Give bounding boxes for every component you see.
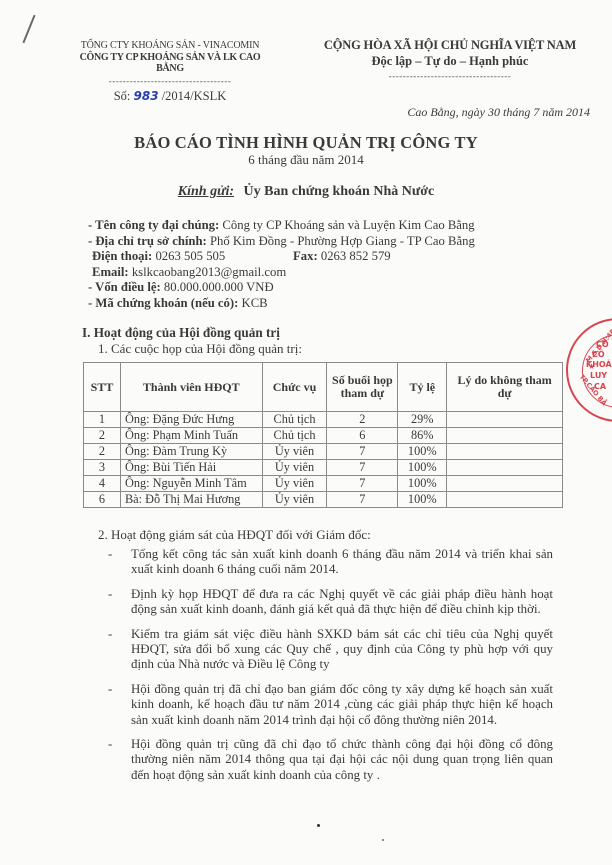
table-cell: 100%: [398, 460, 447, 476]
table-cell: Ủy viên: [262, 460, 327, 476]
table-cell: 6: [84, 492, 121, 508]
table-cell: 2: [84, 444, 121, 460]
col-header: STT: [84, 363, 121, 412]
ticker-row: - Mã chứng khoán (nếu có): KCB: [88, 296, 518, 312]
table-cell: [447, 412, 563, 428]
table-cell: 2: [84, 428, 121, 444]
table-cell: Ông: Bùi Tiến Hải: [120, 460, 262, 476]
col-header: Chức vụ: [262, 363, 327, 412]
phone-fax-row: Điện thoại: 0263 505 505 Fax: 0263 852 5…: [88, 249, 518, 265]
table-cell: Ông: Phạm Minh Tuấn: [120, 428, 262, 444]
table-cell: Chủ tịch: [262, 428, 327, 444]
email-row: Email: kslkcaobang2013@gmail.com: [88, 265, 518, 281]
table-header-row: STT Thành viên HĐQT Chức vụ Số buổi họp …: [84, 363, 563, 412]
table-cell: 7: [327, 460, 398, 476]
table-cell: [447, 476, 563, 492]
table-cell: 100%: [398, 492, 447, 508]
col-header: Thành viên HĐQT: [120, 363, 262, 412]
table-cell: 1: [84, 412, 121, 428]
nation-name: CỘNG HÒA XÃ HỘI CHỦ NGHĨA VIỆT NAM: [300, 38, 600, 53]
table-cell: [447, 492, 563, 508]
speck: [317, 824, 320, 827]
col-header: Lý do không tham dự: [447, 363, 563, 412]
col-header: Tỷ lệ: [398, 363, 447, 412]
table-cell: 7: [327, 492, 398, 508]
table-cell: Bà: Đỗ Thị Mai Hương: [120, 492, 262, 508]
section-heading: I. Hoạt động của Hội đồng quản trị: [82, 325, 280, 341]
date-line: Cao Bằng, ngày 30 tháng 7 năm 2014: [330, 105, 590, 120]
table-row: 1Ông: Đặng Đức HưngChủ tịch229%: [84, 412, 563, 428]
address-row: - Địa chỉ trụ sở chính: Phố Kim Đồng - P…: [88, 234, 518, 250]
table-row: 4Ông: Nguyễn Minh TâmỦy viên7100%: [84, 476, 563, 492]
table-cell: 7: [327, 476, 398, 492]
company-name: CÔNG TY CP KHOÁNG SẢN VÀ LK CAO BẰNG: [70, 52, 270, 74]
list-item: Hội đồng quản trị cũng đã chỉ đạo tổ chứ…: [108, 737, 553, 783]
list-item: Định kỳ họp HĐQT để đưa ra các Nghị quyế…: [108, 587, 553, 618]
table-cell: Chủ tịch: [262, 412, 327, 428]
header-divider: -----------------------------------: [70, 76, 270, 86]
col-header: Số buổi họp tham dự: [327, 363, 398, 412]
table-cell: Ủy viên: [262, 492, 327, 508]
company-info: - Tên công ty đại chúng: Công ty CP Khoá…: [88, 218, 518, 312]
header-divider: -----------------------------------: [300, 71, 600, 81]
list-item: Hội đồng quản trị đã chỉ đạo ban giám đố…: [108, 682, 553, 728]
speck: [382, 839, 384, 841]
table-row: 2Ông: Phạm Minh TuấnChủ tịch686%: [84, 428, 563, 444]
table-cell: 7: [327, 444, 398, 460]
supervision-list: Tổng kết công tác sản xuất kinh doanh 6 …: [108, 547, 553, 792]
table-cell: 86%: [398, 428, 447, 444]
issuer-header: TỔNG CTY KHOÁNG SẢN - VINACOMIN CÔNG TY …: [70, 40, 270, 104]
table-row: 3Ông: Bùi Tiến HảiỦy viên7100%: [84, 460, 563, 476]
table-row: 2Ông: Đàm Trung KỳỦy viên7100%: [84, 444, 563, 460]
pen-mark: [22, 15, 35, 44]
list-item: Tổng kết công tác sản xuất kinh doanh 6 …: [108, 547, 553, 578]
table-cell: 3: [84, 460, 121, 476]
board-meetings-table: STT Thành viên HĐQT Chức vụ Số buổi họp …: [83, 362, 563, 508]
parent-organization: TỔNG CTY KHOÁNG SẢN - VINACOMIN: [70, 40, 270, 51]
list-item: Kiểm tra giám sát việc điều hành SXKD bá…: [108, 627, 553, 673]
company-name-row: - Tên công ty đại chúng: Công ty CP Khoá…: [88, 218, 518, 234]
table-cell: Ủy viên: [262, 444, 327, 460]
recipient-value: Ủy Ban chứng khoán Nhà Nước: [244, 184, 435, 199]
recipient-line: Kính gửi: Ủy Ban chứng khoán Nhà Nước: [0, 184, 612, 200]
capital-row: - Vốn điều lệ: 80.000.000.000 VNĐ: [88, 280, 518, 296]
subsection-heading: 2. Hoạt động giám sát của HĐQT đối với G…: [98, 527, 371, 543]
table-cell: 100%: [398, 476, 447, 492]
national-header: CỘNG HÒA XÃ HỘI CHỦ NGHĨA VIỆT NAM Độc l…: [300, 38, 600, 81]
table-cell: [447, 444, 563, 460]
document-number: Số: 983 /2014/KSLK: [70, 89, 270, 104]
company-seal: M.S.D.N:48 ★ CÔ CÔ KHOÁ LUY CA TP.CAO BẰ: [566, 318, 612, 422]
table-cell: 29%: [398, 412, 447, 428]
table-cell: Ông: Nguyễn Minh Tâm: [120, 476, 262, 492]
table-cell: 100%: [398, 444, 447, 460]
table-cell: 6: [327, 428, 398, 444]
fax: Fax: 0263 852 579: [293, 249, 391, 265]
table-cell: 4: [84, 476, 121, 492]
table-cell: Ủy viên: [262, 476, 327, 492]
subsection-heading: 1. Các cuộc họp của Hội đồng quản trị:: [98, 341, 302, 357]
table-cell: 2: [327, 412, 398, 428]
table-cell: [447, 460, 563, 476]
table-row: 6Bà: Đỗ Thị Mai HươngỦy viên7100%: [84, 492, 563, 508]
recipient-label: Kính gửi:: [178, 184, 234, 199]
table-cell: [447, 428, 563, 444]
table-cell: Ông: Đặng Đức Hưng: [120, 412, 262, 428]
report-title: BÁO CÁO TÌNH HÌNH QUẢN TRỊ CÔNG TY: [0, 133, 612, 153]
handwritten-number: 983: [134, 89, 159, 103]
report-subtitle: 6 tháng đầu năm 2014: [0, 152, 612, 168]
national-motto: Độc lập – Tự do – Hạnh phúc: [300, 54, 600, 69]
table-cell: Ông: Đàm Trung Kỳ: [120, 444, 262, 460]
